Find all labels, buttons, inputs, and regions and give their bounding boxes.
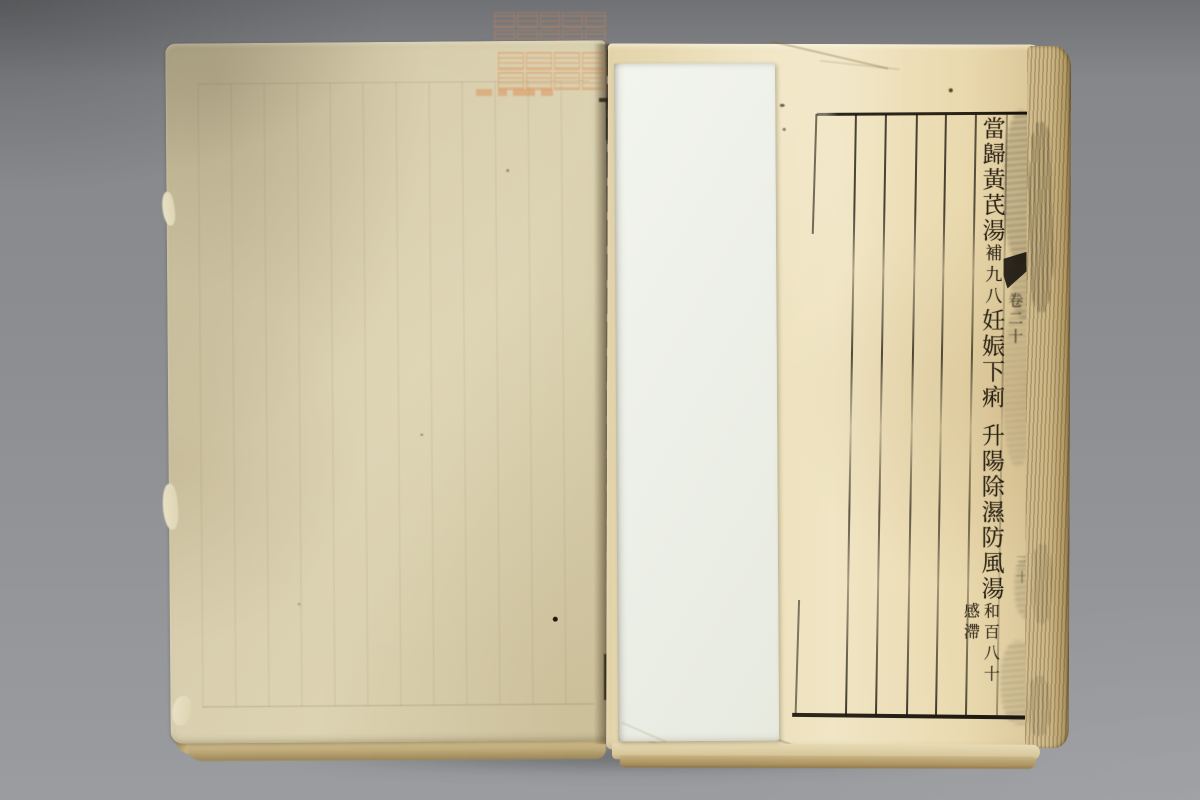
torn-edge	[160, 191, 177, 226]
ink-speck	[780, 104, 785, 107]
paper-speck	[298, 603, 301, 606]
column-rule	[845, 114, 857, 716]
formula-entry-2-ref2: 感滯	[961, 602, 980, 644]
ink-dot	[553, 617, 558, 622]
library-seal-lower-icon	[498, 52, 608, 90]
frame-left-border	[812, 114, 817, 234]
fore-edge-ink-transfer	[1032, 544, 1052, 624]
photo-scene: 當歸黃芪湯補九八妊娠下痢升陽除濕防風湯 和百八十感滯 卷二十 三十	[0, 0, 1200, 800]
column-rule	[875, 114, 887, 716]
paper-speck	[420, 434, 423, 436]
torn-edge	[171, 695, 192, 727]
formula-entry-1-indication: 妊娠下痢	[978, 308, 1004, 410]
column-rule	[935, 114, 947, 716]
frame-left-border	[795, 600, 800, 716]
paper-speck	[506, 169, 509, 172]
bookmark-slip	[614, 63, 779, 742]
fore-edge-ink-transfer	[1028, 122, 1054, 312]
formula-entry-2-annotation: 和百八十感滯	[958, 602, 1000, 702]
formula-entry-1: 當歸黃芪湯	[978, 116, 1004, 244]
ink-speck	[783, 128, 786, 131]
formula-entry-1-ref: 補九八	[981, 244, 1001, 309]
column-rule	[906, 114, 918, 716]
bottom-page-stack	[620, 755, 1036, 768]
formula-entry-2: 升陽除濕防風湯	[977, 423, 1003, 602]
frame-top-border	[817, 112, 1033, 116]
slip-corner-crease	[622, 722, 667, 743]
seal-caption-marks	[476, 87, 576, 97]
formula-entry-2-ref: 和百八十	[981, 602, 1000, 686]
fore-edge-ink-transfer	[1028, 676, 1050, 736]
left-page	[165, 40, 610, 743]
torn-edge	[161, 483, 180, 530]
column-show-through	[198, 80, 595, 707]
ink-speck	[949, 88, 953, 92]
